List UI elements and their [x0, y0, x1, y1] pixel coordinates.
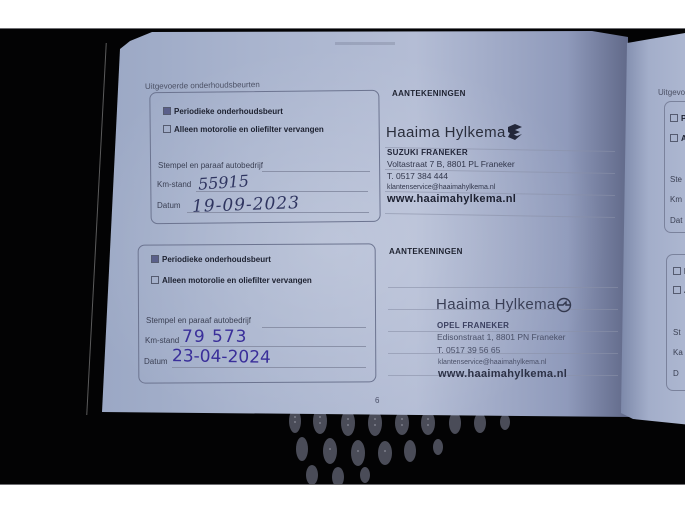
- photo: ▬▬▬▬▬▬ Uitgevoerde onderhoudsbeurten Per…: [0, 29, 685, 484]
- dealer-email-2: klantenservice@haaimahylkema.nl: [438, 359, 546, 366]
- dealer-brand-1: Haaima Hylkema: [386, 124, 506, 141]
- dealer-brand-2: Haaima Hylkema: [436, 296, 556, 313]
- checkbox-checked-icon[interactable]: [151, 255, 159, 263]
- date-label-1: Datum: [157, 201, 181, 210]
- date-value-2: 23-04-2024: [172, 346, 271, 368]
- notes-title-1: AANTEKENINGEN: [392, 89, 466, 98]
- stamp-label-2: Stempel en paraaf autobedrijf: [146, 316, 251, 325]
- notes-line: [388, 353, 618, 354]
- right-option-2: A: [670, 134, 685, 143]
- date-value-1: 19-09-2023: [192, 193, 301, 217]
- show-through-text: ▬▬▬▬▬▬: [335, 37, 395, 48]
- notes-line: [388, 287, 618, 288]
- option-periodic-2[interactable]: Periodieke onderhoudsbeurt: [151, 255, 271, 264]
- right-km-label: Km: [670, 195, 682, 204]
- right-section-heading: Uitgevo: [658, 88, 685, 97]
- dealer-phone-1: T. 0517 384 444: [387, 171, 448, 181]
- checkbox-icon[interactable]: [151, 276, 159, 284]
- checkbox-icon[interactable]: [163, 125, 171, 133]
- dealer-address-2: Edisonstraat 1, 8801 PN Franeker: [437, 332, 566, 342]
- km-value-1: 55915: [197, 171, 249, 194]
- checkbox-checked-icon[interactable]: [163, 107, 171, 115]
- dealer-address-1: Voltastraat 7 B, 8801 PL Franeker: [387, 159, 515, 169]
- right-stamp-label-2: St: [673, 328, 681, 337]
- stamp-line: [262, 171, 370, 172]
- suzuki-logo-icon: [506, 124, 524, 140]
- page-number: 6: [375, 396, 379, 405]
- opel-logo-icon: [556, 297, 572, 313]
- dealer-phone-2: T. 0517 39 56 65: [437, 345, 500, 355]
- dealer-website-1: www.haaimahylkema.nl: [387, 193, 516, 205]
- km-label-1: Km-stand: [157, 180, 191, 189]
- km-label-2: Km-stand: [145, 336, 179, 345]
- right-km-label-2: Ka: [673, 348, 683, 357]
- option-oil-only-2[interactable]: Alleen motorolie en oliefilter vervangen: [151, 276, 312, 285]
- option-oil-only-1[interactable]: Alleen motorolie en oliefilter vervangen: [163, 125, 324, 134]
- stamp-line: [262, 327, 366, 328]
- bottom-border: [0, 484, 685, 485]
- notes-title-2: AANTEKENINGEN: [389, 247, 463, 256]
- dealer-website-2: www.haaimahylkema.nl: [438, 368, 567, 380]
- dealer-name-1: SUZUKI FRANEKER: [387, 148, 468, 157]
- option-periodic-1[interactable]: Periodieke onderhoudsbeurt: [163, 107, 283, 116]
- right-date-label: Dat: [670, 216, 682, 225]
- notes-line: [385, 213, 615, 218]
- dealer-email-1: klantenservice@haaimahylkema.nl: [387, 184, 495, 191]
- km-value-2: 79 573: [182, 327, 247, 347]
- dealer-name-2: OPEL FRANEKER: [437, 321, 509, 330]
- section-heading: Uitgevoerde onderhoudsbeurten: [145, 80, 260, 91]
- right-stamp-label: Ste: [670, 175, 682, 184]
- right-option-1: P: [670, 114, 685, 123]
- right-option-4: A: [673, 286, 685, 295]
- date-label-2: Datum: [144, 357, 168, 366]
- right-date-label-2: D: [673, 369, 679, 378]
- stamp-label-1: Stempel en paraaf autobedrijf: [158, 161, 263, 170]
- right-option-3: P: [673, 267, 685, 276]
